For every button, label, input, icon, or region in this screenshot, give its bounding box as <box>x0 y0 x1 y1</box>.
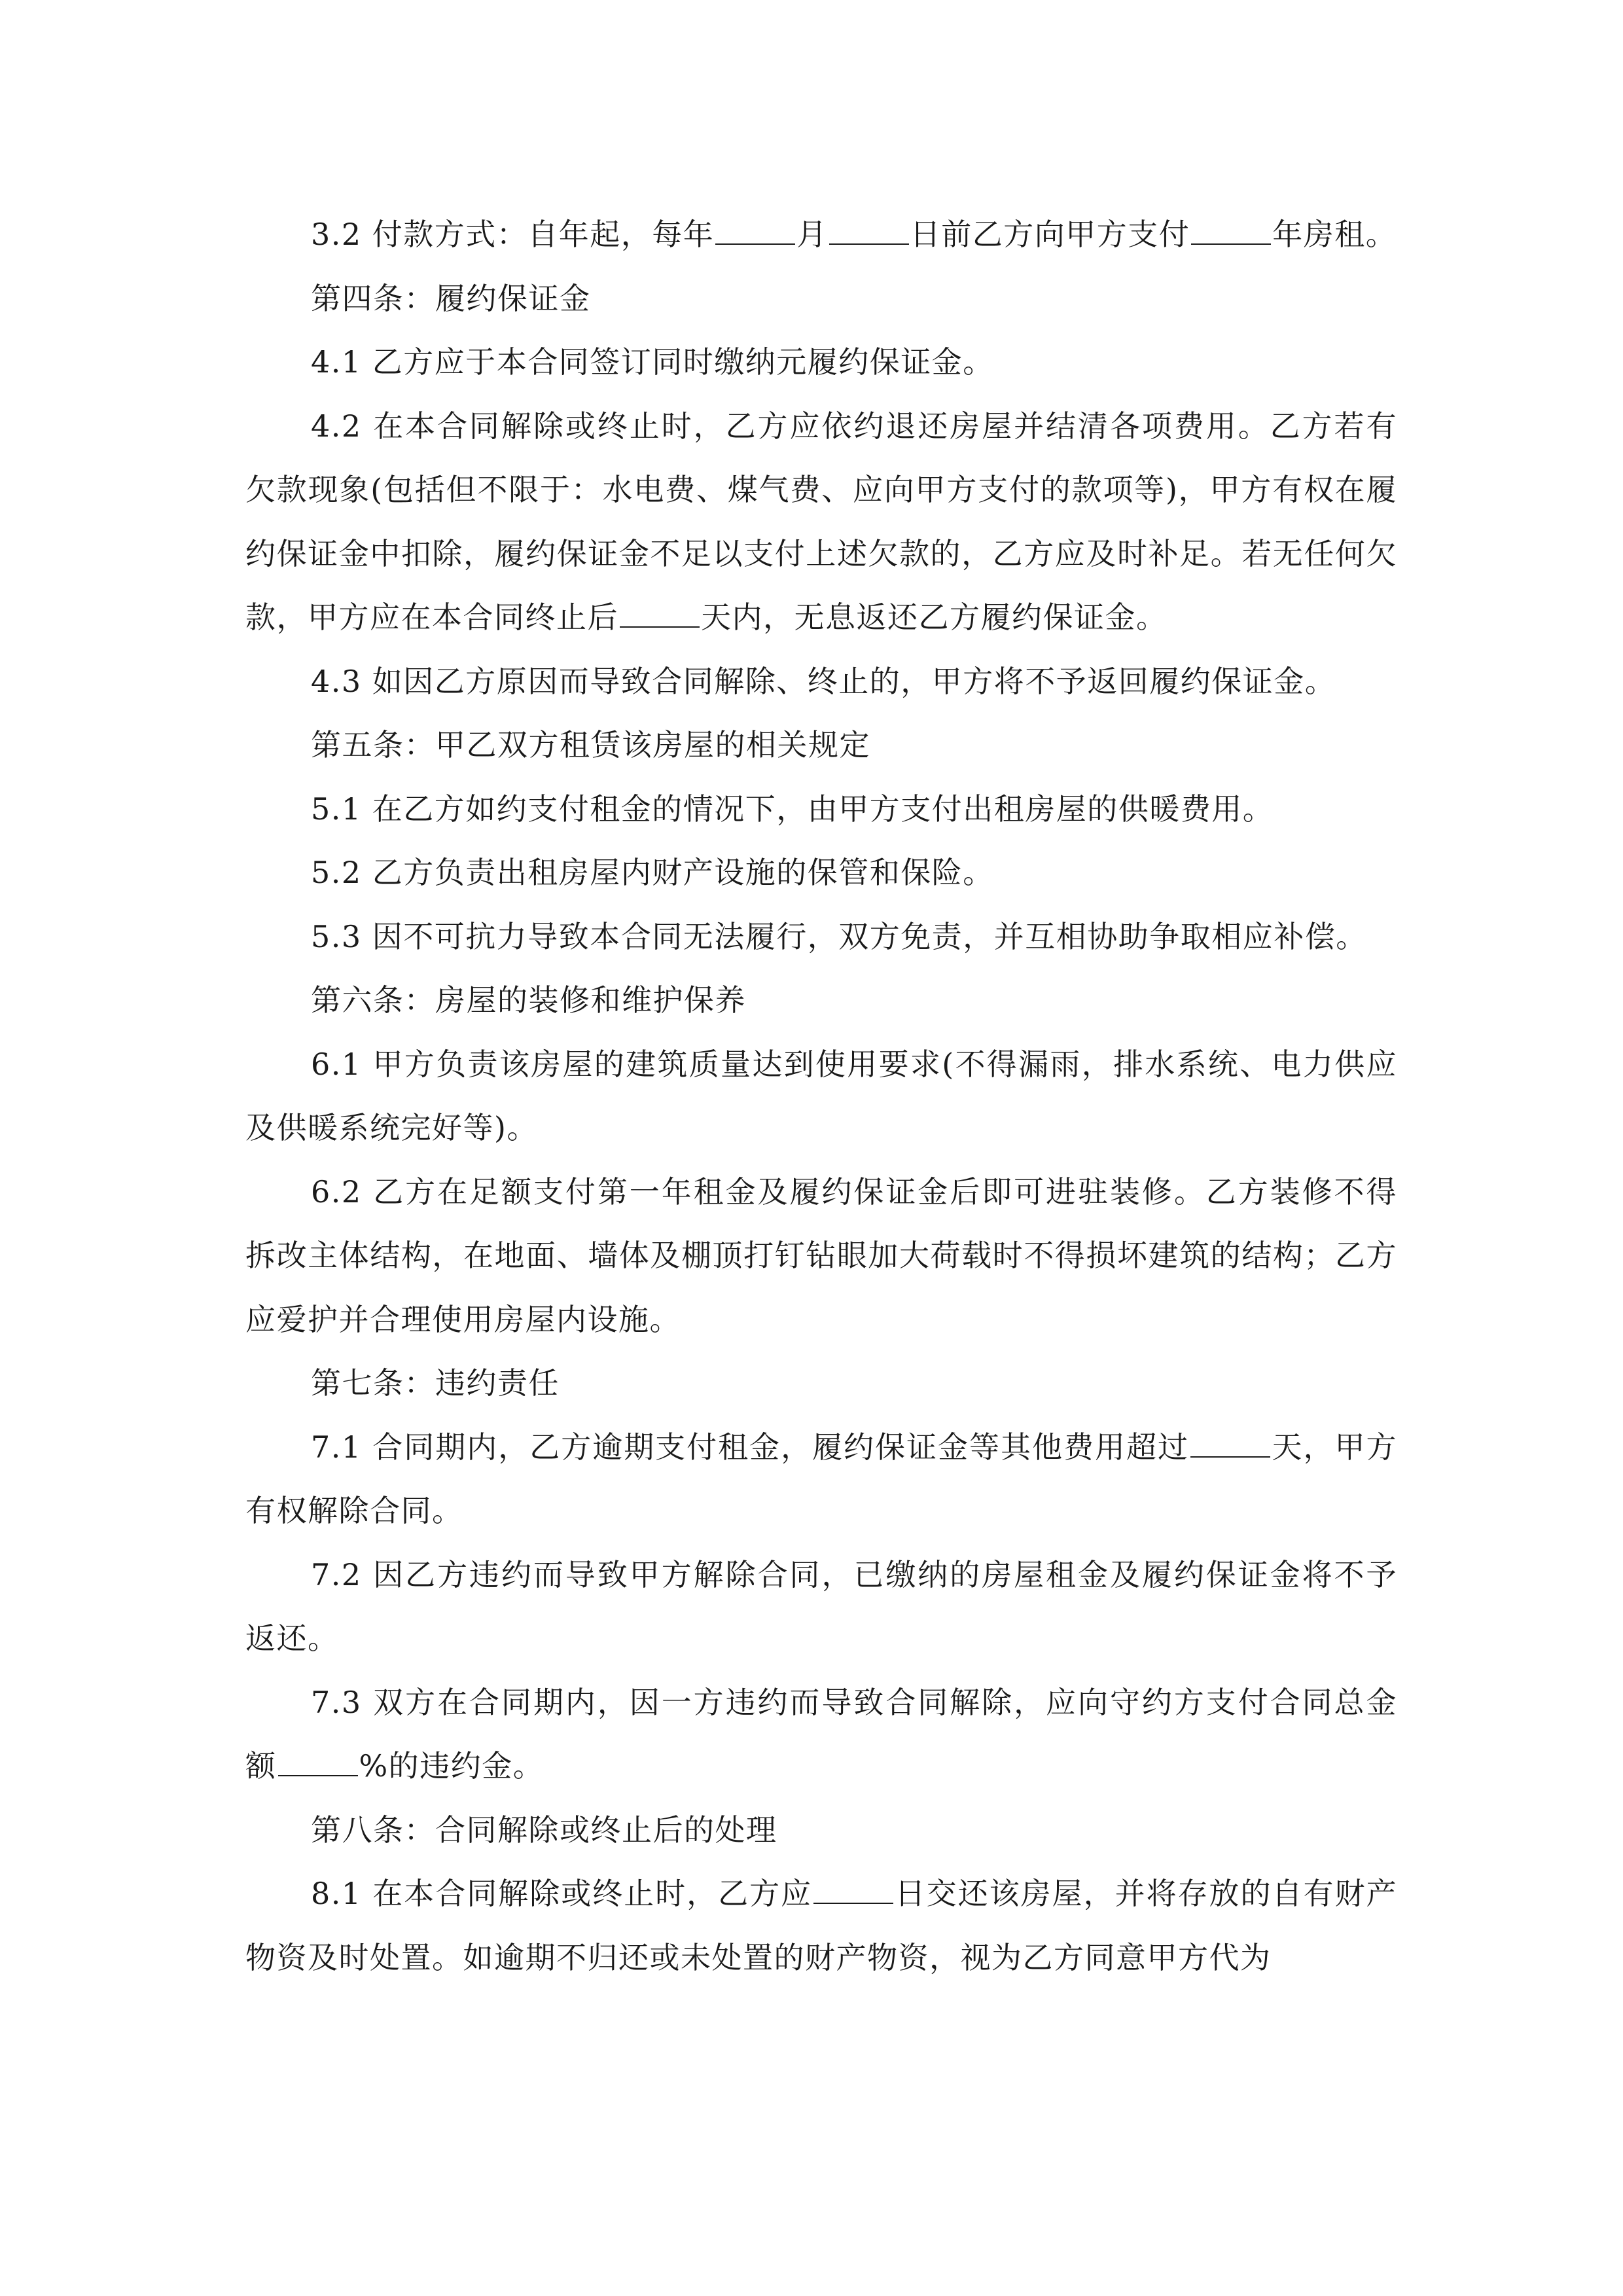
article-4-heading: 第四条：履约保证金 <box>245 267 1397 331</box>
clause-text: 年房租。 <box>1272 217 1397 252</box>
clause-text: 8.1 在本合同解除或终止时，乙方应 <box>311 1876 812 1911</box>
clause-6-2: 6.2 乙方在足额支付第一年租金及履约保证金后即可进驻装修。乙方装修不得拆改主体… <box>245 1160 1397 1352</box>
clause-7-3: 7.3 双方在合同期内，因一方违约而导致合同解除，应向守约方支付合同总金额%的违… <box>245 1671 1397 1799</box>
blank-field-penalty-percent[interactable] <box>278 1749 358 1776</box>
clause-text: 7.1 合同期内，乙方逾期支付租金，履约保证金等其他费用超过 <box>311 1429 1189 1465</box>
blank-field-month[interactable] <box>715 217 795 245</box>
clause-text: 3.2 付款方式：自年起，每年 <box>311 217 714 252</box>
blank-field-day[interactable] <box>829 217 909 245</box>
clause-4-3: 4.3 如因乙方原因而导致合同解除、终止的，甲方将不予返回履约保证金。 <box>245 650 1397 714</box>
clause-3-2: 3.2 付款方式：自年起，每年月日前乙方向甲方支付年房租。 <box>245 203 1397 267</box>
article-6-heading: 第六条：房屋的装修和维护保养 <box>245 969 1397 1033</box>
clause-5-3: 5.3 因不可抗力导致本合同无法履行，双方免责，并互相协助争取相应补偿。 <box>245 905 1397 969</box>
document-page: 3.2 付款方式：自年起，每年月日前乙方向甲方支付年房租。 第四条：履约保证金 … <box>245 203 1397 1990</box>
clause-5-1: 5.1 在乙方如约支付租金的情况下，由甲方支付出租房屋的供暖费用。 <box>245 778 1397 842</box>
clause-5-2: 5.2 乙方负责出租房屋内财产设施的保管和保险。 <box>245 841 1397 905</box>
blank-field-years[interactable] <box>1191 217 1271 245</box>
clause-4-1: 4.1 乙方应于本合同签订同时缴纳元履约保证金。 <box>245 331 1397 395</box>
clause-text: 日前乙方向甲方支付 <box>910 217 1190 252</box>
article-8-heading: 第八条：合同解除或终止后的处理 <box>245 1799 1397 1863</box>
clause-7-2: 7.2 因乙方违约而导致甲方解除合同，已缴纳的房屋租金及履约保证金将不予返还。 <box>245 1543 1397 1671</box>
clause-7-1: 7.1 合同期内，乙方逾期支付租金，履约保证金等其他费用超过天，甲方有权解除合同… <box>245 1416 1397 1543</box>
blank-field-return-day[interactable] <box>813 1876 893 1904</box>
clause-6-1: 6.1 甲方负责该房屋的建筑质量达到使用要求(不得漏雨，排水系统、电力供应及供暖… <box>245 1033 1397 1160</box>
article-5-heading: 第五条：甲乙双方租赁该房屋的相关规定 <box>245 713 1397 778</box>
blank-field-overdue-days[interactable] <box>1190 1430 1270 1458</box>
clause-text: 天内，无息返还乙方履约保证金。 <box>701 600 1168 635</box>
clause-8-1: 8.1 在本合同解除或终止时，乙方应日交还该房屋，并将存放的自有财产物资及时处置… <box>245 1862 1397 1990</box>
blank-field-days[interactable] <box>620 600 700 628</box>
clause-text: %的违约金。 <box>359 1748 544 1784</box>
clause-text: 月 <box>796 217 828 252</box>
article-7-heading: 第七条：违约责任 <box>245 1352 1397 1416</box>
clause-4-2: 4.2 在本合同解除或终止时，乙方应依约退还房屋并结清各项费用。乙方若有欠款现象… <box>245 395 1397 650</box>
